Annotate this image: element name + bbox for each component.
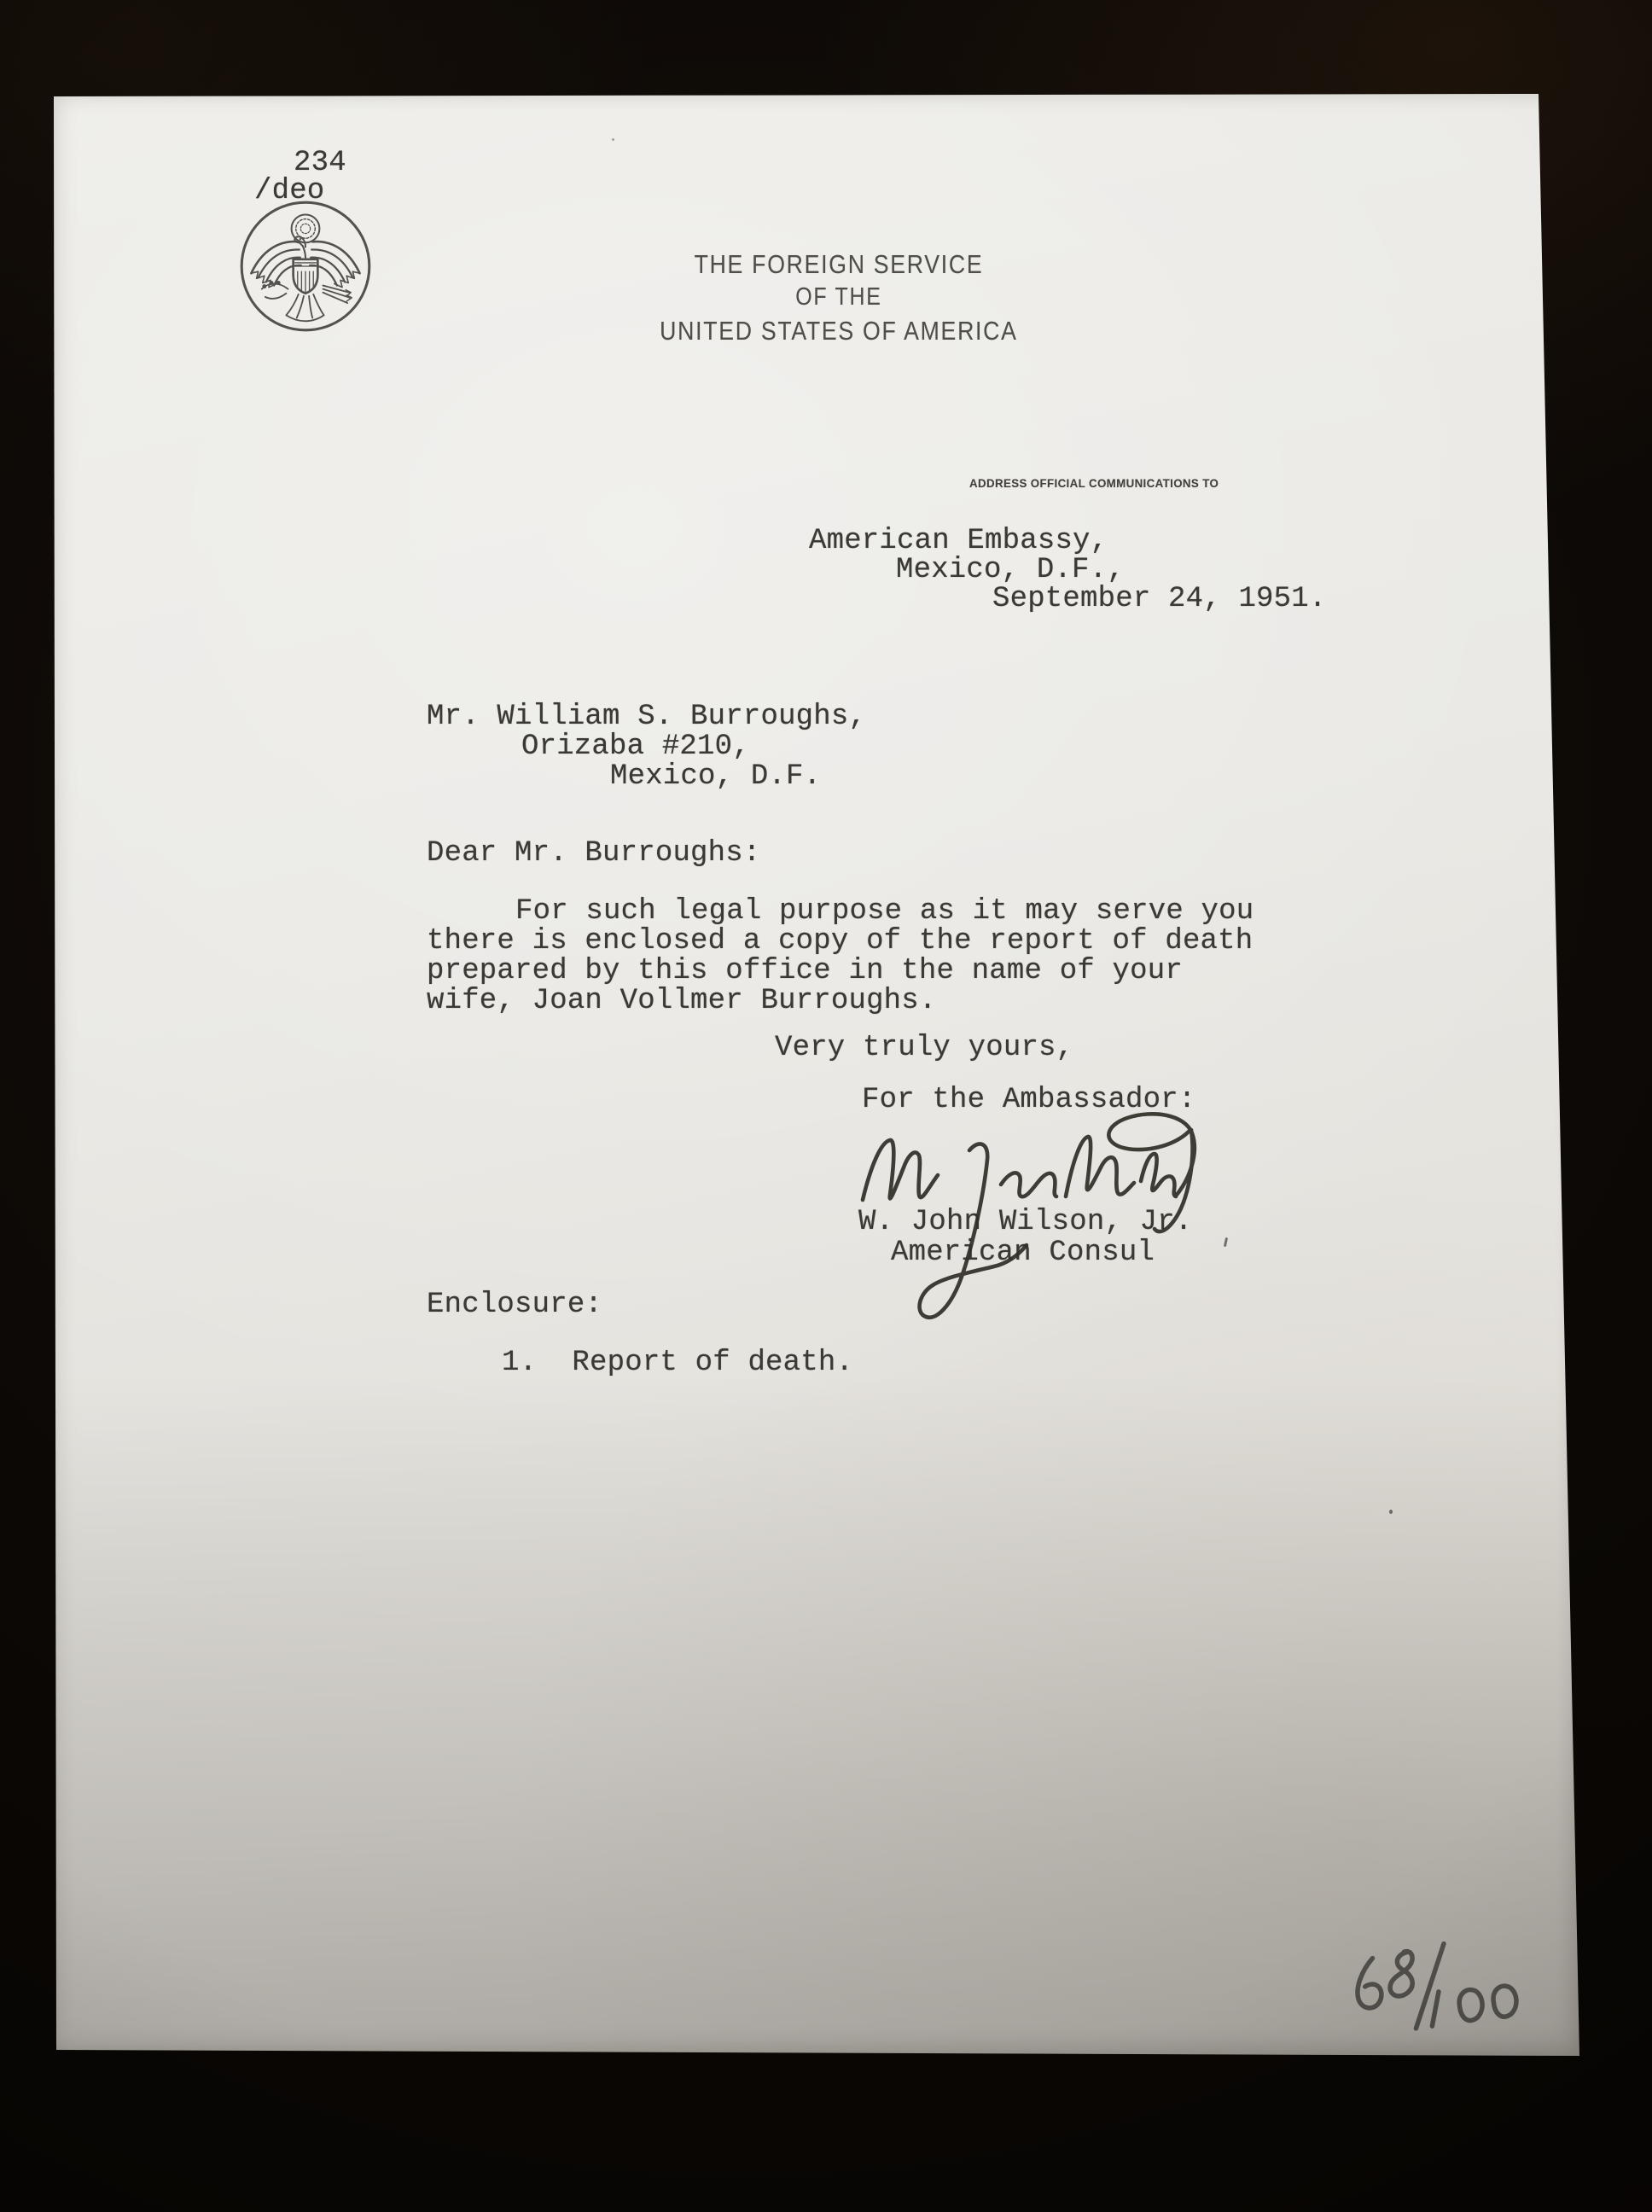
edition-number	[1336, 1934, 1536, 2052]
body-line-4: wife, Joan Vollmer Burroughs.	[427, 987, 937, 1016]
enclosure-heading: Enclosure:	[427, 1290, 602, 1320]
signature	[762, 1075, 1240, 1434]
great-seal-icon	[236, 196, 375, 336]
dateline-org: American Embassy,	[809, 527, 1108, 556]
paper-speck	[612, 138, 614, 141]
dateline-city: Mexico, D.F.,	[896, 556, 1125, 585]
body-line-1: For such legal purpose as it may serve y…	[515, 897, 1254, 927]
letterhead-line-2: OF THE	[540, 283, 1137, 311]
file-number-stamp: 234	[294, 148, 346, 178]
official-communications-note: ADDRESS OFFICIAL COMMUNICATIONS TO	[969, 476, 1219, 490]
paper-speck	[1389, 1510, 1393, 1514]
letterhead-line-3: UNITED STATES OF AMERICA	[540, 316, 1137, 346]
letter-page: 234 /deo	[54, 94, 1581, 2057]
recipient-street: Orizaba #210,	[521, 732, 750, 762]
letterhead-line-1: THE FOREIGN SERVICE	[540, 249, 1137, 280]
recipient-city: Mexico, D.F.	[610, 762, 821, 792]
photograph-backdrop: 234 /deo	[0, 0, 1652, 2212]
valediction: Very truly yours,	[775, 1033, 1073, 1063]
dateline-date: September 24, 1951.	[992, 585, 1326, 614]
body-line-3: prepared by this office in the name of y…	[427, 957, 1183, 987]
recipient-name: Mr. William S. Burroughs,	[427, 702, 866, 732]
body-line-2: there is enclosed a copy of the report o…	[427, 927, 1253, 957]
salutation: Dear Mr. Burroughs:	[427, 839, 760, 869]
